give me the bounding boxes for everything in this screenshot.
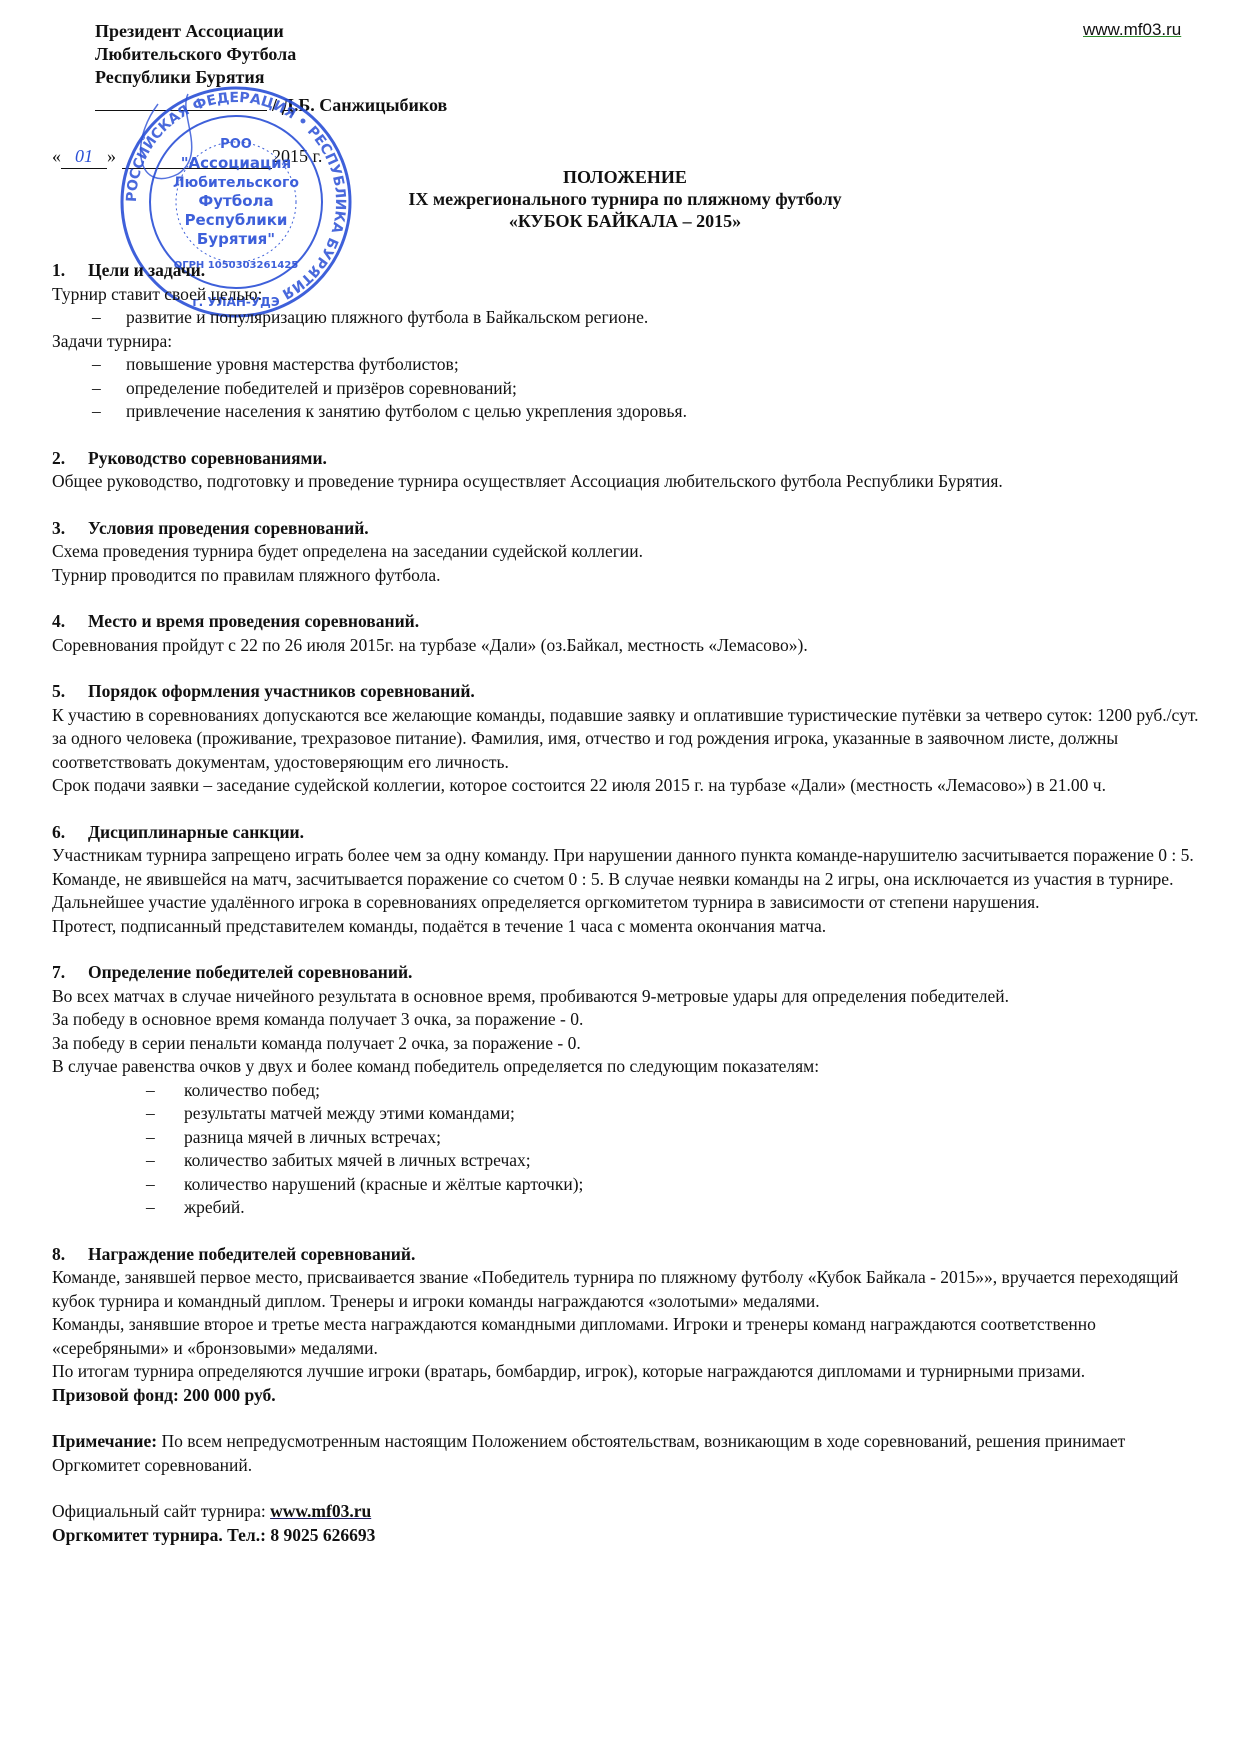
- section-text: Команде, занявшей первое место, присваив…: [52, 1266, 1202, 1313]
- section-heading: 1.Цели и задачи.: [52, 259, 1202, 283]
- site-link[interactable]: www.mf03.ru: [270, 1501, 371, 1521]
- list-item: –результаты матчей между этими командами…: [52, 1102, 1202, 1126]
- section-text: Соревнования пройдут с 22 по 26 июля 201…: [52, 634, 1202, 658]
- date-close-quote: »: [107, 146, 116, 166]
- section-text: Общее руководство, подготовку и проведен…: [52, 470, 1202, 494]
- section-1: 1.Цели и задачи. Турнир ставит своей цел…: [52, 259, 1202, 424]
- list-item: –развитие и популяризацию пляжного футбо…: [52, 306, 1202, 330]
- tasks-intro: Задачи турнира:: [52, 330, 1202, 354]
- approval-line: Любительского Футбола: [95, 43, 296, 66]
- section-text: Срок подачи заявки – заседание судейской…: [52, 774, 1202, 798]
- section-text: Команде, не явившейся на матч, засчитыва…: [52, 868, 1202, 892]
- note: Примечание: По всем непредусмотренным на…: [52, 1430, 1202, 1477]
- section-6: 6.Дисциплинарные санкции. Участникам тур…: [52, 821, 1202, 939]
- title-line-1: ПОЛОЖЕНИЕ: [300, 166, 950, 188]
- title-line-3: «КУБОК БАЙКАЛА – 2015»: [300, 210, 950, 232]
- date-day: 01: [61, 145, 107, 169]
- section-text: За победу в основное время команда получ…: [52, 1008, 1202, 1032]
- goal-intro: Турнир ставит своей целью:: [52, 283, 1202, 307]
- approval-line: Президент Ассоциации: [95, 20, 296, 43]
- list-item: –жребий.: [52, 1196, 1202, 1220]
- section-7: 7.Определение победителей соревнований. …: [52, 961, 1202, 1220]
- list-item: –привлечение населения к занятию футболо…: [52, 400, 1202, 424]
- section-text: Протест, подписанный представителем кома…: [52, 915, 1202, 939]
- section-text: Участникам турнира запрещено играть боле…: [52, 844, 1202, 868]
- section-text: По итогам турнира определяются лучшие иг…: [52, 1360, 1202, 1384]
- section-3: 3.Условия проведения соревнований. Схема…: [52, 517, 1202, 588]
- section-text: Схема проведения турнира будет определен…: [52, 540, 1202, 564]
- svg-text:РОО: РОО: [220, 137, 252, 152]
- section-8: 8.Награждение победителей соревнований. …: [52, 1243, 1202, 1408]
- tasks-list: –повышение уровня мастерства футболистов…: [52, 353, 1202, 424]
- note-text: По всем непредусмотренным настоящим Поло…: [52, 1431, 1125, 1475]
- list-item: –количество побед;: [52, 1079, 1202, 1103]
- svg-text:Любительского: Любительского: [173, 175, 299, 191]
- list-item: –разница мячей в личных встречах;: [52, 1126, 1202, 1150]
- section-text: Во всех матчах в случае ничейного резуль…: [52, 985, 1202, 1009]
- document-title: ПОЛОЖЕНИЕ IX межрегионального турнира по…: [300, 166, 950, 232]
- official-site: Официальный сайт турнира: www.mf03.ru: [52, 1500, 1202, 1524]
- title-line-2: IX межрегионального турнира по пляжному …: [300, 188, 950, 210]
- section-heading: 7.Определение победителей соревнований.: [52, 961, 1202, 985]
- svg-text:Футбола: Футбола: [198, 192, 273, 210]
- list-item: –повышение уровня мастерства футболистов…: [52, 353, 1202, 377]
- section-heading: 2.Руководство соревнованиями.: [52, 447, 1202, 471]
- section-2: 2.Руководство соревнованиями. Общее руко…: [52, 447, 1202, 494]
- organizing-committee-contact: Оргкомитет турнира. Тел.: 8 9025 626693: [52, 1524, 1202, 1548]
- svg-text:"Ассоциация: "Ассоциация: [181, 154, 292, 172]
- section-heading: 8.Награждение победителей соревнований.: [52, 1243, 1202, 1267]
- goals-list: –развитие и популяризацию пляжного футбо…: [52, 306, 1202, 330]
- tiebreak-criteria-list: –количество побед; –результаты матчей ме…: [52, 1079, 1202, 1220]
- section-text: Команды, занявшие второе и третье места …: [52, 1313, 1202, 1360]
- prize-fund: Призовой фонд: 200 000 руб.: [52, 1384, 1202, 1408]
- section-text: В случае равенства очков у двух и более …: [52, 1055, 1202, 1079]
- site-label: Официальный сайт турнира:: [52, 1501, 270, 1521]
- section-4: 4.Место и время проведения соревнований.…: [52, 610, 1202, 657]
- section-heading: 6.Дисциплинарные санкции.: [52, 821, 1202, 845]
- website-link[interactable]: www.mf03.ru: [1083, 20, 1181, 40]
- list-item: –количество забитых мячей в личных встре…: [52, 1149, 1202, 1173]
- section-text: Дальнейшее участие удалённого игрока в с…: [52, 891, 1202, 915]
- section-text: К участию в соревнованиях допускаются вс…: [52, 704, 1202, 775]
- svg-text:Республики: Республики: [185, 211, 288, 229]
- section-5: 5.Порядок оформления участников соревнов…: [52, 680, 1202, 798]
- section-heading: 3.Условия проведения соревнований.: [52, 517, 1202, 541]
- document-body: 1.Цели и задачи. Турнир ставит своей цел…: [52, 259, 1202, 1547]
- approval-block: Президент Ассоциации Любительского Футбо…: [95, 20, 296, 89]
- section-text: Турнир проводится по правилам пляжного ф…: [52, 564, 1202, 588]
- section-heading: 5.Порядок оформления участников соревнов…: [52, 680, 1202, 704]
- list-item: –количество нарушений (красные и жёлтые …: [52, 1173, 1202, 1197]
- section-heading: 4.Место и время проведения соревнований.: [52, 610, 1202, 634]
- section-text: За победу в серии пенальти команда получ…: [52, 1032, 1202, 1056]
- note-label: Примечание:: [52, 1431, 157, 1451]
- list-item: –определение победителей и призёров соре…: [52, 377, 1202, 401]
- date-open-quote: «: [52, 146, 61, 166]
- svg-text:Бурятия": Бурятия": [197, 230, 275, 248]
